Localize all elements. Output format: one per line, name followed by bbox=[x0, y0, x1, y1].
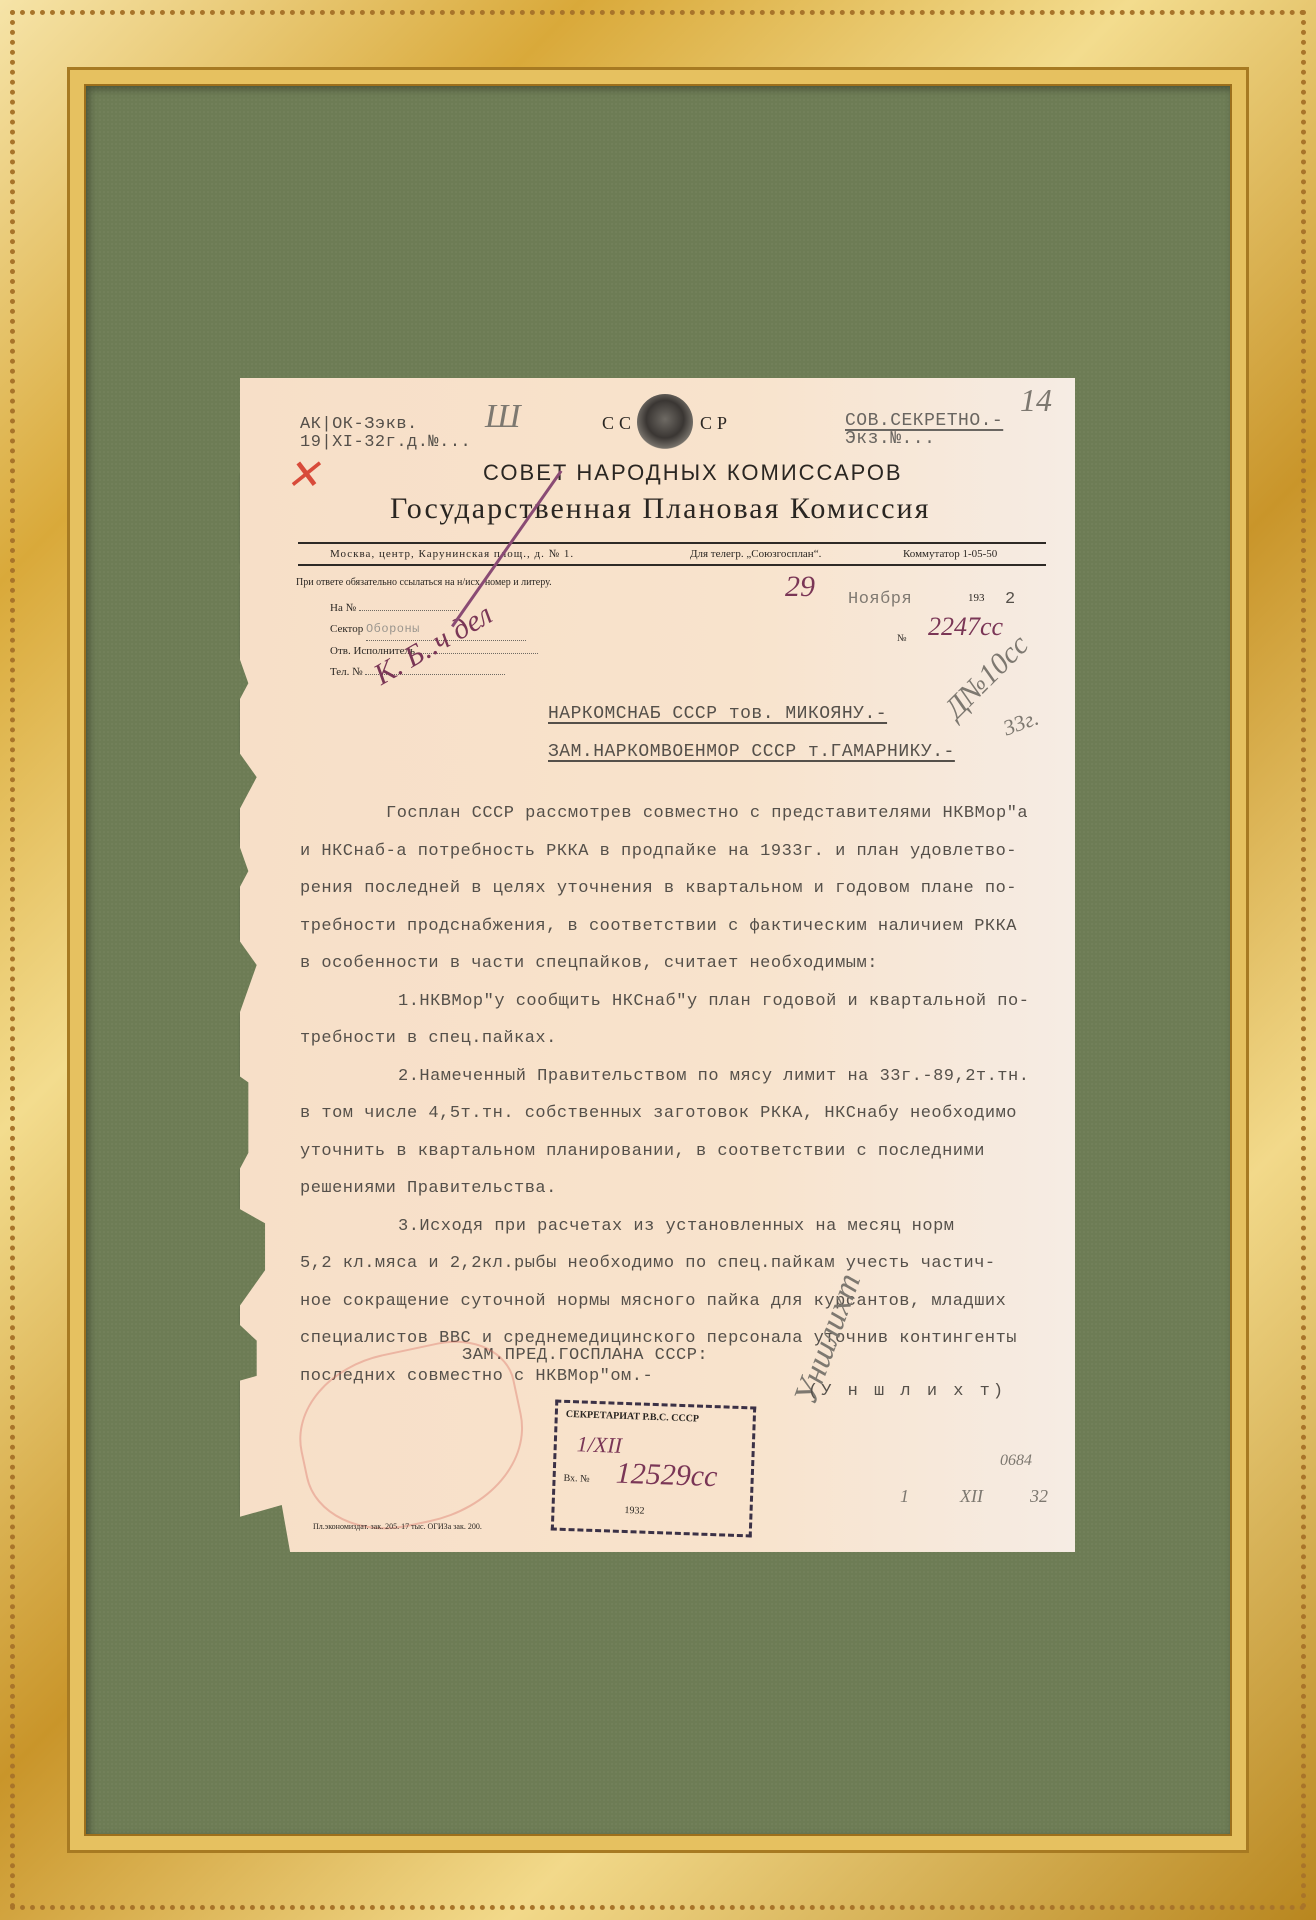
reference-line-2: 19|XI-32г.д.№... bbox=[300, 434, 471, 452]
registration-year: 32 bbox=[1030, 1486, 1048, 1507]
date-day: 29 bbox=[785, 570, 815, 604]
body-line: Госплан СССР рассмотрев совместно с пред… bbox=[300, 795, 1090, 833]
body-line: рения последней в целях уточнения в квар… bbox=[300, 870, 1090, 908]
handwritten-page-number: 14 bbox=[1020, 382, 1052, 419]
registration-month: XII bbox=[960, 1486, 983, 1507]
body-line: в том числе 4,5т.тн. собственных заготов… bbox=[300, 1095, 1090, 1133]
body-line: требности продснабжения, в соответствии … bbox=[300, 908, 1090, 946]
handwritten-initials: Ш bbox=[485, 398, 520, 436]
outgoing-number-label: № bbox=[897, 633, 907, 644]
body-line-item-2: 2.Намеченный Правительством по мясу лими… bbox=[300, 1058, 1090, 1096]
field-ref-number: На № bbox=[330, 598, 538, 619]
body-line-item-3: 3.Исходя при расчетах из установленных н… bbox=[300, 1208, 1090, 1246]
addressee-gamarnik: ЗАМ.НАРКОМВОЕНМОР СССР т.ГАМАРНИКУ.- bbox=[548, 742, 955, 762]
telegraph: Для телегр. „Союзгосплан“. bbox=[690, 548, 821, 560]
reference-line-1: АК|ОК-Зэкв. bbox=[300, 416, 471, 434]
header-commission: Государственная Плановая Комиссия bbox=[390, 492, 930, 526]
printer-imprint: Пл.экономиздат. зак. 205. 17 тыс. ОГИЗа … bbox=[313, 1522, 482, 1531]
stamp-org: СЕКРЕТАРИАТ Р.В.С. СССР bbox=[566, 1409, 745, 1426]
registration-stamp: СЕКРЕТАРИАТ Р.В.С. СССР 1/XII Вх. № 1252… bbox=[551, 1400, 756, 1538]
emblem-label-left: СС bbox=[602, 413, 636, 434]
registration-number: 0684 bbox=[1000, 1452, 1032, 1470]
body-line: 5,2 кл.мяса и 2,2кл.рыбы необходимо по с… bbox=[300, 1245, 1090, 1283]
body-line: решениями Правительства. bbox=[300, 1170, 1090, 1208]
stamp-incoming-label: Вх. № bbox=[563, 1473, 589, 1485]
outgoing-number: 2247сс bbox=[928, 612, 1003, 642]
stamp-date: 1/XII bbox=[576, 1431, 622, 1459]
header-rule-bottom bbox=[298, 564, 1046, 566]
reply-note: При ответе обязательно ссылаться на н/ис… bbox=[296, 577, 552, 588]
header-rule-top bbox=[298, 542, 1046, 544]
stamp-incoming-number: 12529сс bbox=[615, 1457, 718, 1495]
date-year-suffix: 2 bbox=[1005, 590, 1016, 609]
header-council: СОВЕТ НАРОДНЫХ КОМИССАРОВ bbox=[483, 460, 903, 486]
body-line: и НКСнаб-а потребность РККА в продпайке … bbox=[300, 833, 1090, 871]
field-phone: Тел. № bbox=[330, 662, 538, 683]
classification-top-secret: СОВ.СЕКРЕТНО.- bbox=[845, 412, 1003, 430]
reference-block: АК|ОК-Зэкв. 19|XI-32г.д.№... bbox=[300, 416, 471, 452]
red-cross-mark: ✕ bbox=[285, 450, 320, 500]
body-line: уточнить в квартальном планировании, в с… bbox=[300, 1133, 1090, 1171]
classification-block: СОВ.СЕКРЕТНО.- Экз.№... bbox=[845, 412, 1003, 448]
date-year-prefix: 193 bbox=[968, 592, 985, 604]
body-line: в особенности в части спецпайков, считае… bbox=[300, 945, 1090, 983]
ussr-emblem-icon bbox=[637, 394, 693, 450]
addressee-mikoyan: НАРКОМСНАБ СССР тов. МИКОЯНУ.- bbox=[548, 704, 887, 724]
body-line: ное сокращение суточной нормы мясного па… bbox=[300, 1283, 1090, 1321]
date-month: Ноября bbox=[848, 590, 912, 609]
body-line: требности в спец.пайках. bbox=[300, 1020, 1090, 1058]
emblem-label-right: СР bbox=[700, 413, 732, 434]
registration-day: 1 bbox=[900, 1486, 909, 1507]
switchboard: Коммутатор 1-05-50 bbox=[903, 548, 997, 560]
copy-number: Экз.№... bbox=[845, 430, 1003, 448]
address: Москва, центр, Карунинская площ., д. № 1… bbox=[330, 548, 574, 560]
body-text: Госплан СССР рассмотрев совместно с пред… bbox=[300, 795, 1090, 1395]
body-line-item-1: 1.НКВМор"у сообщить НКСнаб"у план годово… bbox=[300, 983, 1090, 1021]
stamp-year: 1932 bbox=[624, 1505, 644, 1517]
signature-name: (У н ш л и х т) bbox=[808, 1382, 1006, 1401]
